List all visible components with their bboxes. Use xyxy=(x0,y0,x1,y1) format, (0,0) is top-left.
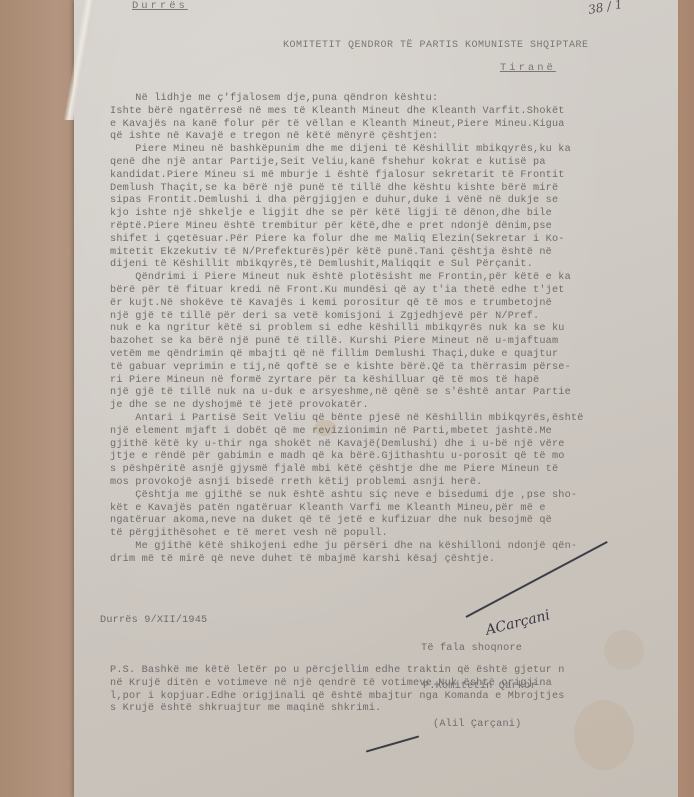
text-line: një element mjaft i dobët që me revizion… xyxy=(110,426,584,439)
letter-body: Në lidhje me ç'fjalosem dje,puna qëndron… xyxy=(110,93,584,566)
text-line: s Krujë është shkruajtur me maqinë shkri… xyxy=(110,703,565,716)
text-line: bërë për të fituar kredi në Front.Ku mun… xyxy=(110,285,584,298)
torn-paper-edge xyxy=(60,0,100,120)
text-line: kët e Kavajës patën ngatëruar Kleanth Va… xyxy=(110,503,584,516)
text-line: një gjë të tillë për deri sa vetë komisj… xyxy=(110,311,584,324)
text-line: që ishte në Kavajë e tregon në këtë mëny… xyxy=(110,131,584,144)
salutation: Të fala shoqnore xyxy=(421,643,537,656)
text-line: Çështja me gjithë se nuk është ashtu siç… xyxy=(110,490,584,503)
text-line: l,por i kopjuar.Edhe origjinali që është… xyxy=(110,691,565,704)
text-line: Demlush Thaçit,se ka bërë një punë të ti… xyxy=(110,183,584,196)
text-line: rëptë.Piere Mineu është trembitur për kë… xyxy=(110,221,584,234)
paper-stain xyxy=(574,700,634,770)
sender-city: Durrës xyxy=(132,0,188,12)
recipient-heading: KOMITETIT QENDROR TË PARTIS KOMUNISTE SH… xyxy=(283,40,589,51)
text-line: një gjë të tillë nuk na u-duk e arsyeshm… xyxy=(110,387,584,400)
text-line: s pëshpëritë asnjë gjysmë fjalë mbi këtë… xyxy=(110,464,584,477)
text-line: sipas Frontit.Demlushi i dha përgjigjen … xyxy=(110,195,584,208)
text-line: P.S. Bashkë me këtë letër po u përcjelli… xyxy=(110,665,565,678)
text-line: bazohet se ka bërë një punë të tillë. Ku… xyxy=(110,336,584,349)
text-line: nuk e ka ngritur këtë si problem si edhe… xyxy=(110,323,584,336)
text-line: e Kavajës na kanë folur për të vëllan e … xyxy=(110,119,584,132)
text-line: Piere Mineu në bashkëpunim dhe me dijeni… xyxy=(110,144,584,157)
text-line: Qëndrimi i Piere Mineut nuk është plotës… xyxy=(110,272,584,285)
signatory-name: (Alil Çarçani) xyxy=(421,719,537,732)
recipient-city: Tiranë xyxy=(500,62,556,74)
text-line: Me gjithë këtë shikojeni edhe ju përsëri… xyxy=(110,541,584,554)
text-line: jtje e rëndë për gabimin e madh që ka bë… xyxy=(110,451,584,464)
text-line: je dhe se ne dyshojmë të jetë provokatër… xyxy=(110,400,584,413)
text-line: ër kujt.Në shokëve të Kavajës i kemi por… xyxy=(110,298,584,311)
text-line: kjo ishte një shkelje e ligjit dhe se pë… xyxy=(110,208,584,221)
text-line: Në lidhje me ç'fjalosem dje,puna qëndron… xyxy=(110,93,584,106)
text-line: në Krujë ditën e votimeve në një qendrë … xyxy=(110,678,565,691)
text-line: ri Piere Mineun në formë zyrtare për ta … xyxy=(110,375,584,388)
text-line: Ishte bërë ngatërresë në mes të Kleanth … xyxy=(110,106,584,119)
postscript: P.S. Bashkë me këtë letër po u përcjelli… xyxy=(110,665,565,716)
text-line: drim më të mirë që neve duhet të mbajmë … xyxy=(110,554,584,567)
text-line: Antari i Partisë Seit Veliu që bënte pje… xyxy=(110,413,584,426)
text-line: shifet i çqetësuar.Për Piere ka folur dh… xyxy=(110,234,584,247)
text-line: qenë dhe një antar Partije,Seit Veliu,ka… xyxy=(110,157,584,170)
text-line: mitetit Ekzekutiv të N/Prefekturës)për k… xyxy=(110,247,584,260)
text-line: vetëm me qëndrimin që mbajti që në filli… xyxy=(110,349,584,362)
paper-stain xyxy=(604,630,644,670)
text-line: gjithë këtë ky u-thir nga shokët në Kava… xyxy=(110,439,584,452)
text-line: mos provokojë asnji bisedë rreth këtij p… xyxy=(110,477,584,490)
text-line: të gabuar veprimin e tij,në qoftë se e k… xyxy=(110,362,584,375)
text-line: dijeni të Këshillit mbikqyrës,të Demlush… xyxy=(110,259,584,272)
letter-date: Durrës 9/XII/1945 xyxy=(100,615,207,628)
text-line: kandidat.Piere Mineu si më mburje i ësht… xyxy=(110,170,584,183)
text-line: ngatëruar akoma,neve na duket që të jetë… xyxy=(110,515,584,528)
text-line: të përgjithësohet e të meret vesh në pop… xyxy=(110,528,584,541)
